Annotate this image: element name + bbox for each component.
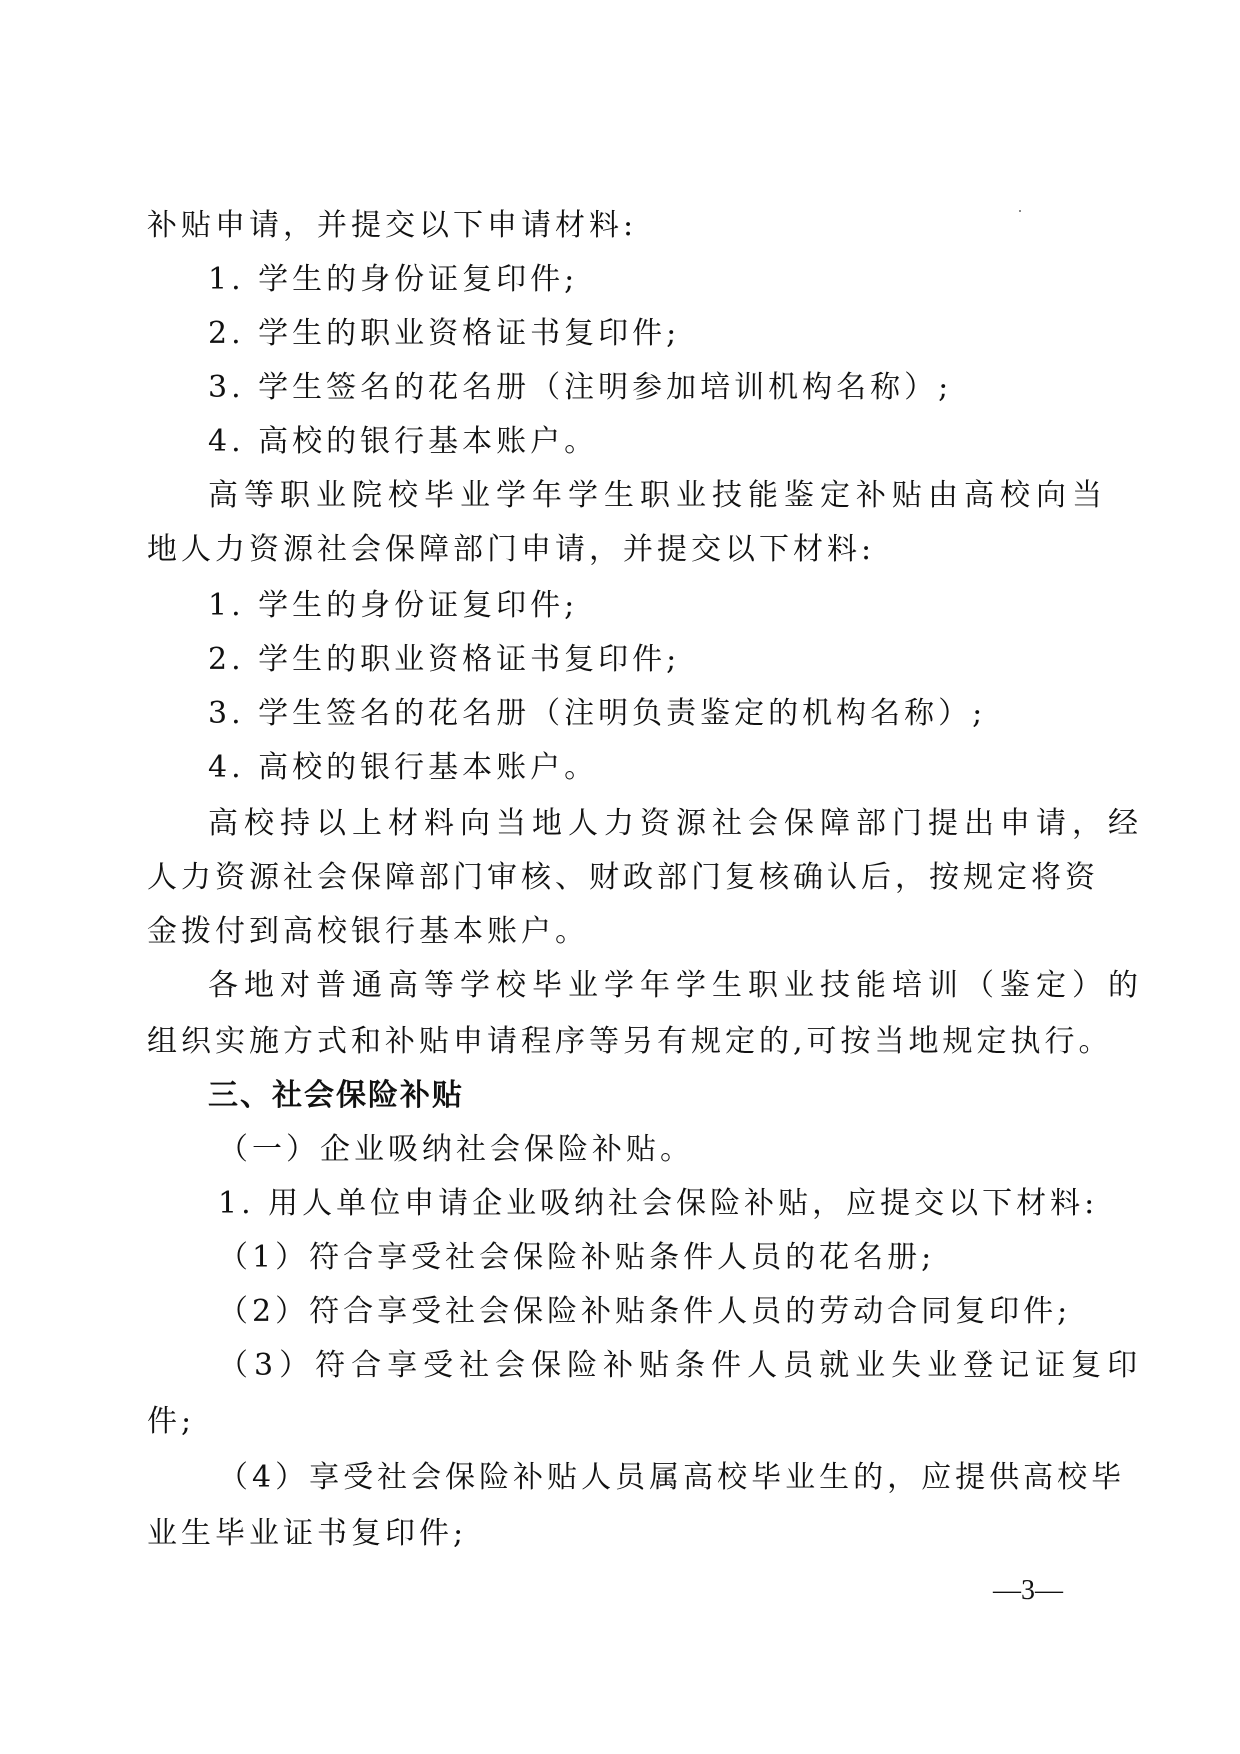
document-page: 补贴申请，并提交以下申请材料: 1. 学生的身份证复印件; 2. 学生的职业资格… xyxy=(0,0,1240,1754)
subsection-heading: （一）企业吸纳社会保险补贴。 xyxy=(218,1132,694,1168)
list-item-continuation: 业生毕业证书复印件; xyxy=(147,1516,467,1552)
list-item: （3）符合享受社会保险补贴条件人员就业失业登记证复印 xyxy=(218,1348,1143,1384)
section-heading: 三、社会保险补贴 xyxy=(208,1078,464,1114)
list-item-continuation: 件; xyxy=(147,1404,195,1440)
list-item: 2. 学生的职业资格证书复印件; xyxy=(208,642,680,678)
paragraph-line: 组织实施方式和补贴申请程序等另有规定的,可按当地规定执行。 xyxy=(147,1024,1113,1060)
list-item: （1）符合享受社会保险补贴条件人员的花名册; xyxy=(218,1240,935,1276)
paragraph-line: 高校持以上材料向当地人力资源社会保障部门提出申请，经 xyxy=(208,806,1144,842)
paragraph-line: 各地对普通高等学校毕业学年学生职业技能培训（鉴定）的 xyxy=(208,968,1144,1004)
list-item: 4. 高校的银行基本账户。 xyxy=(208,424,598,460)
list-item: 2. 学生的职业资格证书复印件; xyxy=(208,316,680,352)
list-item: （4）享受社会保险补贴人员属高校毕业生的，应提供高校毕 xyxy=(218,1460,1125,1496)
text-line: 补贴申请，并提交以下申请材料: xyxy=(147,208,637,244)
scan-speck xyxy=(1019,210,1021,212)
list-item: 3. 学生签名的花名册（注明负责鉴定的机构名称）; xyxy=(208,696,986,732)
list-item: 1. 用人单位申请企业吸纳社会保险补贴，应提交以下材料: xyxy=(218,1186,1098,1222)
paragraph-line: 地人力资源社会保障部门申请，并提交以下材料: xyxy=(147,532,875,568)
list-item: 3. 学生签名的花名册（注明参加培训机构名称）; xyxy=(208,370,952,406)
paragraph-line: 金拨付到高校银行基本账户。 xyxy=(147,914,589,950)
page-number: —3— xyxy=(993,1574,1063,1608)
list-item: 1. 学生的身份证复印件; xyxy=(208,588,578,624)
paragraph-line: 高等职业院校毕业学年学生职业技能鉴定补贴由高校向当 xyxy=(208,478,1108,514)
list-item: 4. 高校的银行基本账户。 xyxy=(208,750,598,786)
list-item: （2）符合享受社会保险补贴条件人员的劳动合同复印件; xyxy=(218,1294,1071,1330)
paragraph-line: 人力资源社会保障部门审核、财政部门复核确认后，按规定将资 xyxy=(147,860,1099,896)
list-item: 1. 学生的身份证复印件; xyxy=(208,262,578,298)
